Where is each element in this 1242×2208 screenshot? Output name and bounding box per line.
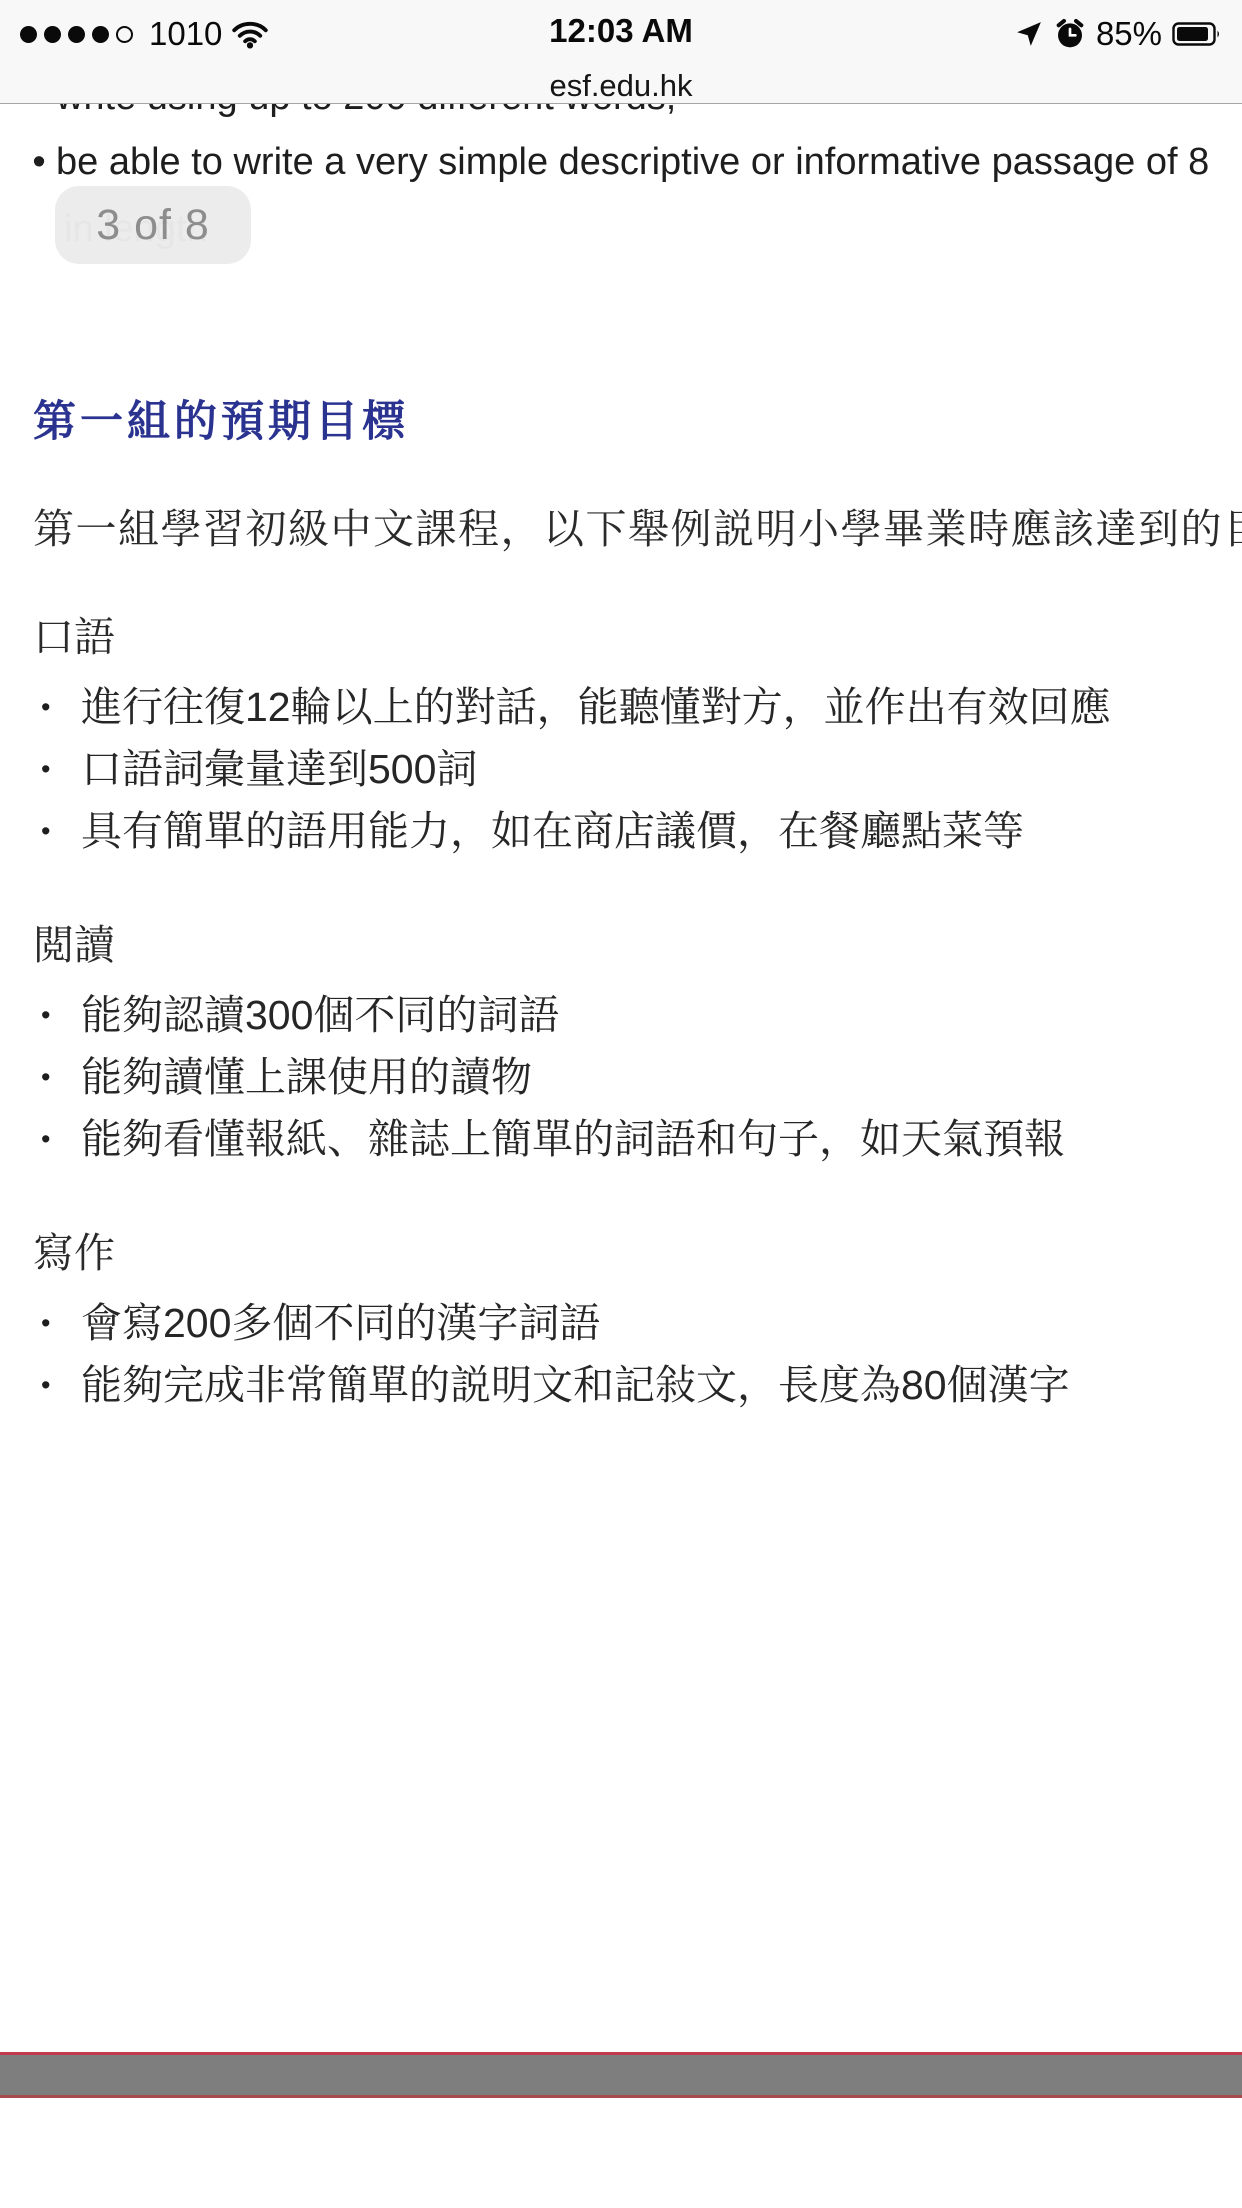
clock-time: 12:03 AM [549, 12, 693, 50]
carrier-label: 1010 [149, 15, 222, 53]
list-item-text: 會寫200多個不同的漢字詞語 [81, 1292, 600, 1354]
list-item-text: 具有簡單的語用能力，如在商店議價，在餐廳點菜等 [81, 800, 1024, 862]
list-item-text: 口語詞彙量達到500詞 [81, 738, 477, 800]
page-indicator-text: 3 of 8 [96, 201, 210, 250]
list-item: • 能夠認讀300個不同的詞語 [33, 984, 1223, 1046]
intro-paragraph: 第一組學習初級中文課程，以下舉例説明小學畢業時應該達到的目標： [33, 496, 1242, 555]
signal-dot [44, 26, 61, 43]
bullet-dot: • [33, 984, 81, 1046]
list-item-text: 能夠完成非常簡單的説明文和記敍文，長度為80個漢字 [81, 1354, 1070, 1416]
section-title-reading: 閲讀 [33, 920, 1223, 970]
bullet-dot: • [33, 676, 81, 738]
list-item: • 進行往復12輪以上的對話，能聽懂對方，並作出有效回應 [33, 676, 1223, 738]
signal-dot [92, 26, 109, 43]
clipped-english-bullet-2: •be able to write a very simple descript… [22, 141, 1209, 184]
battery-icon [1172, 22, 1222, 46]
cellular-signal-icon [20, 26, 133, 43]
signal-dot [116, 26, 133, 43]
bullet-dot: • [33, 1108, 81, 1170]
location-arrow-icon [1014, 19, 1044, 49]
bullet-dot: • [33, 1046, 81, 1108]
bullet-dot: • [33, 738, 81, 800]
list-item: • 能夠完成非常簡單的説明文和記敍文，長度為80個漢字 [33, 1354, 1223, 1416]
list-item-text: 能夠看懂報紙、雜誌上簡單的詞語和句子，如天氣預報 [81, 1108, 1065, 1170]
wifi-icon [232, 19, 268, 49]
section-heading-group1-goals: 第一組的預期目標 [33, 388, 409, 449]
section-reading: 閲讀 • 能夠認讀300個不同的詞語 • 能夠讀懂上課使用的讀物 • 能夠看懂報… [33, 920, 1223, 1170]
browser-chrome: 1010 12:03 AM [0, 0, 1242, 104]
list-item: • 能夠看懂報紙、雜誌上簡單的詞語和句子，如天氣預報 [33, 1108, 1223, 1170]
last-bullet-alt-glyph: 敍 [655, 1362, 696, 1408]
last-bullet-post: 文，長度為80個漢字 [696, 1362, 1070, 1408]
signal-dot [20, 26, 37, 43]
section-speaking: 口語 • 進行往復12輪以上的對話，能聽懂對方，並作出有效回應 • 口語詞彙量達… [33, 612, 1223, 862]
list-item-text: 進行往復12輪以上的對話，能聽懂對方，並作出有效回應 [81, 676, 1111, 738]
goal-sections: 口語 • 進行往復12輪以上的對話，能聽懂對方，並作出有效回應 • 口語詞彙量達… [33, 612, 1223, 1474]
section-writing: 寫作 • 會寫200多個不同的漢字詞語 • 能夠完成非常簡單的説明文和記敍文，長… [33, 1228, 1223, 1416]
bullet-dot: • [33, 1292, 81, 1354]
list-item: • 會寫200多個不同的漢字詞語 [33, 1292, 1223, 1354]
section-title-speaking: 口語 [33, 612, 1223, 662]
list-item: • 口語詞彙量達到500詞 [33, 738, 1223, 800]
list-item: • 能夠讀懂上課使用的讀物 [33, 1046, 1223, 1108]
alarm-clock-icon [1054, 18, 1086, 50]
page-indicator-badge: 3 of 8 [55, 186, 251, 264]
status-bar: 1010 12:03 AM [0, 0, 1242, 60]
section-title-writing: 寫作 [33, 1228, 1223, 1278]
list-item: • 具有簡單的語用能力，如在商店議價，在餐廳點菜等 [33, 800, 1223, 862]
bullet-dot: • [33, 800, 81, 862]
clipped-english-bullet-2-text: be able to write a very simple descripti… [56, 141, 1209, 183]
list-item-text: 能夠認讀300個不同的詞語 [81, 984, 559, 1046]
list-item-text: 能夠讀懂上課使用的讀物 [81, 1046, 532, 1108]
url-bar[interactable]: esf.edu.hk [535, 66, 706, 106]
signal-dot [68, 26, 85, 43]
battery-percent-label: 85% [1096, 15, 1162, 53]
pdf-page-edge-bar [0, 2052, 1242, 2098]
bullet-dot: • [22, 141, 56, 184]
last-bullet-pre: 能夠完成非常簡單的説明文和記 [81, 1362, 655, 1408]
bullet-dot: • [33, 1354, 81, 1416]
